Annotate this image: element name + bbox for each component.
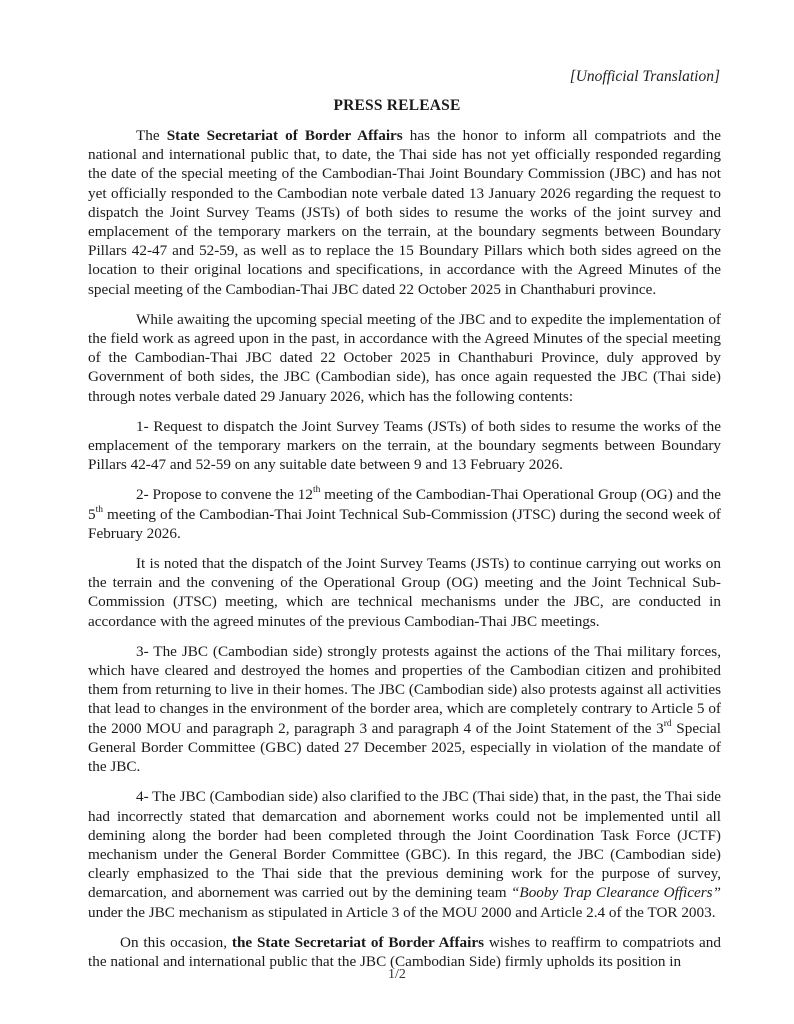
text-run: 3- The JBC (Cambodian side) strongly pro… [88, 643, 721, 737]
text-run: meeting of the Cambodian-Thai Joint Tech… [88, 506, 721, 542]
bold-entity-name: the State Secretariat of Border Affairs [232, 934, 484, 951]
paragraph-conclusion: On this occasion, the State Secretariat … [88, 933, 721, 971]
page-title: PRESS RELEASE [0, 97, 794, 115]
bold-entity-name: State Secretariat of Border Affairs [167, 127, 403, 144]
text-run: has the honor to inform all compatriots … [88, 127, 721, 298]
text-run: On this occasion, [120, 934, 232, 951]
paragraph-item-2: 2- Propose to convene the 12th meeting o… [88, 485, 721, 543]
text-run: 2- Propose to convene the 12 [136, 486, 313, 503]
unofficial-translation-label: [Unofficial Translation] [570, 68, 720, 86]
text-run: The [136, 127, 167, 144]
paragraph-awaiting-meeting: While awaiting the upcoming special meet… [88, 310, 721, 406]
paragraph-item-1: 1- Request to dispatch the Joint Survey … [88, 417, 721, 475]
document-page: [Unofficial Translation] PRESS RELEASE T… [0, 0, 794, 1024]
text-run: under the JBC mechanism as stipulated in… [88, 904, 716, 921]
italic-team-name: “Booby Trap Clearance Officers” [511, 884, 721, 901]
paragraph-item-3: 3- The JBC (Cambodian side) strongly pro… [88, 642, 721, 776]
page-number: 1/2 [0, 967, 794, 983]
ordinal-superscript: rd [664, 719, 672, 729]
document-body: The State Secretariat of Border Affairs … [88, 126, 721, 982]
ordinal-superscript: th [96, 505, 103, 515]
paragraph-item-4: 4- The JBC (Cambodian side) also clarifi… [88, 787, 721, 921]
ordinal-superscript: th [313, 485, 320, 495]
paragraph-intro: The State Secretariat of Border Affairs … [88, 126, 721, 299]
paragraph-note: It is noted that the dispatch of the Joi… [88, 554, 721, 631]
